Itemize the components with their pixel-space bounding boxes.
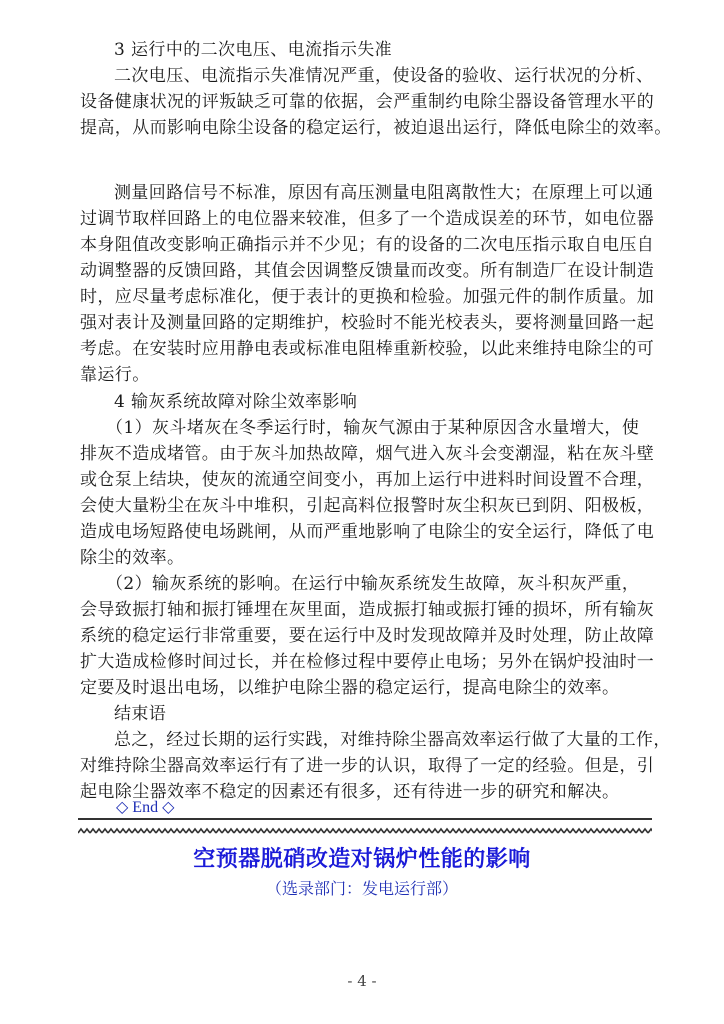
- paragraph-line: 会使大量粉尘在灰斗中堆积，引起高料位报警时灰尘积灰已到阴、阳极板，: [80, 493, 652, 519]
- document-page: 3 运行中的二次电压、电流指示失准 二次电压、电流指示失准情况严重，使设备的验收…: [0, 0, 724, 1024]
- paragraph-line: 扩大造成检修时间过长，并在检修过程中要停止电场；另外在锅炉投油时一: [80, 649, 652, 675]
- next-article-title: 空预器脱硝改造对锅炉性能的影响: [0, 842, 724, 873]
- next-article-subtitle: （选录部门：发电运行部）: [0, 876, 724, 899]
- paragraph-line: 过调节取样回路上的电位器来较准，但多了一个造成误差的环节，如电位器: [80, 206, 652, 232]
- paragraph-line: 会导致振打轴和振打锤埋在灰里面，造成振打轴或振打锤的损坏，所有输灰: [80, 597, 652, 623]
- section-divider: [78, 818, 652, 839]
- paragraph-line: 系统的稳定运行非常重要，要在运行中及时发现故障并及时处理，防止故障: [80, 623, 652, 649]
- paragraph-line: （1）灰斗堵灰在冬季运行时，输灰气源由于某种原因含水量增大，使: [80, 415, 678, 441]
- paragraph-line: 本身阻值改变影响正确指示并不少见；有的设备的二次电压指示取自电压自: [80, 232, 652, 258]
- paragraph-line: 动调整器的反馈回路，其值会因调整反馈量而改变。所有制造厂在设计制造: [80, 258, 652, 284]
- paragraph-line: 设备健康状况的评叛缺乏可靠的依据，会严重制约电除尘器设备管理水平的: [80, 89, 652, 115]
- page-number: - 4 -: [0, 972, 724, 990]
- paragraph-line: 二次电压、电流指示失准情况严重，使设备的验收、运行状况的分析、: [80, 63, 686, 89]
- paragraph-line: 时，应尽量考虑标准化，便于表计的更换和检验。加强元件的制作质量。加: [80, 284, 652, 310]
- divider-rule: [78, 818, 652, 820]
- paragraph-line: 提高，从而影响电除尘设备的稳定运行，被迫退出运行，降低电除尘的效率。: [80, 115, 652, 141]
- section-3-heading: 3 运行中的二次电压、电流指示失准: [80, 37, 686, 63]
- paragraph-line: 定要及时退出电场，以维护电除尘器的稳定运行，提高电除尘的效率。: [80, 675, 652, 701]
- end-mark: ◇ End ◇: [116, 796, 174, 820]
- paragraph-line: 总之，经过长期的运行实践，对维持除尘器高效率运行做了大量的工作，: [80, 727, 686, 753]
- paragraph-line: （2）输灰系统的影响。在运行中输灰系统发生故障，灰斗积灰严重，: [80, 571, 678, 597]
- zigzag-border-icon: [78, 827, 652, 835]
- paragraph-line: 测量回路信号不标准，原因有高压测量电阻离散性大；在原理上可以通: [80, 180, 686, 206]
- conclusion-heading: 结束语: [80, 701, 686, 727]
- paragraph-line: 强对表计及测量回路的定期维护，校验时不能光校表头，要将测量回路一起: [80, 310, 652, 336]
- paragraph-line: 或仓泵上结块，使灰的流通空间变小，再加上运行中进料时间设置不合理，: [80, 467, 652, 493]
- paragraph-line: 除尘的效率。: [80, 545, 652, 571]
- paragraph-line: 对维持除尘器高效率运行有了进一步的认识，取得了一定的经验。但是，引: [80, 753, 652, 779]
- paragraph-line: 考虑。在安装时应用静电表或标准电阻棒重新校验，以此来维持电除尘的可: [80, 336, 652, 362]
- section-4-heading: 4 输灰系统故障对除尘效率影响: [80, 389, 686, 415]
- paragraph-line: 靠运行。: [80, 362, 652, 388]
- paragraph-line: 排灰不造成堵管。由于灰斗加热故障，烟气进入灰斗会变潮湿，粘在灰斗壁: [80, 441, 652, 467]
- paragraph-line: 造成电场短路使电场跳闸，从而严重地影响了电除尘的安全运行，降低了电: [80, 519, 652, 545]
